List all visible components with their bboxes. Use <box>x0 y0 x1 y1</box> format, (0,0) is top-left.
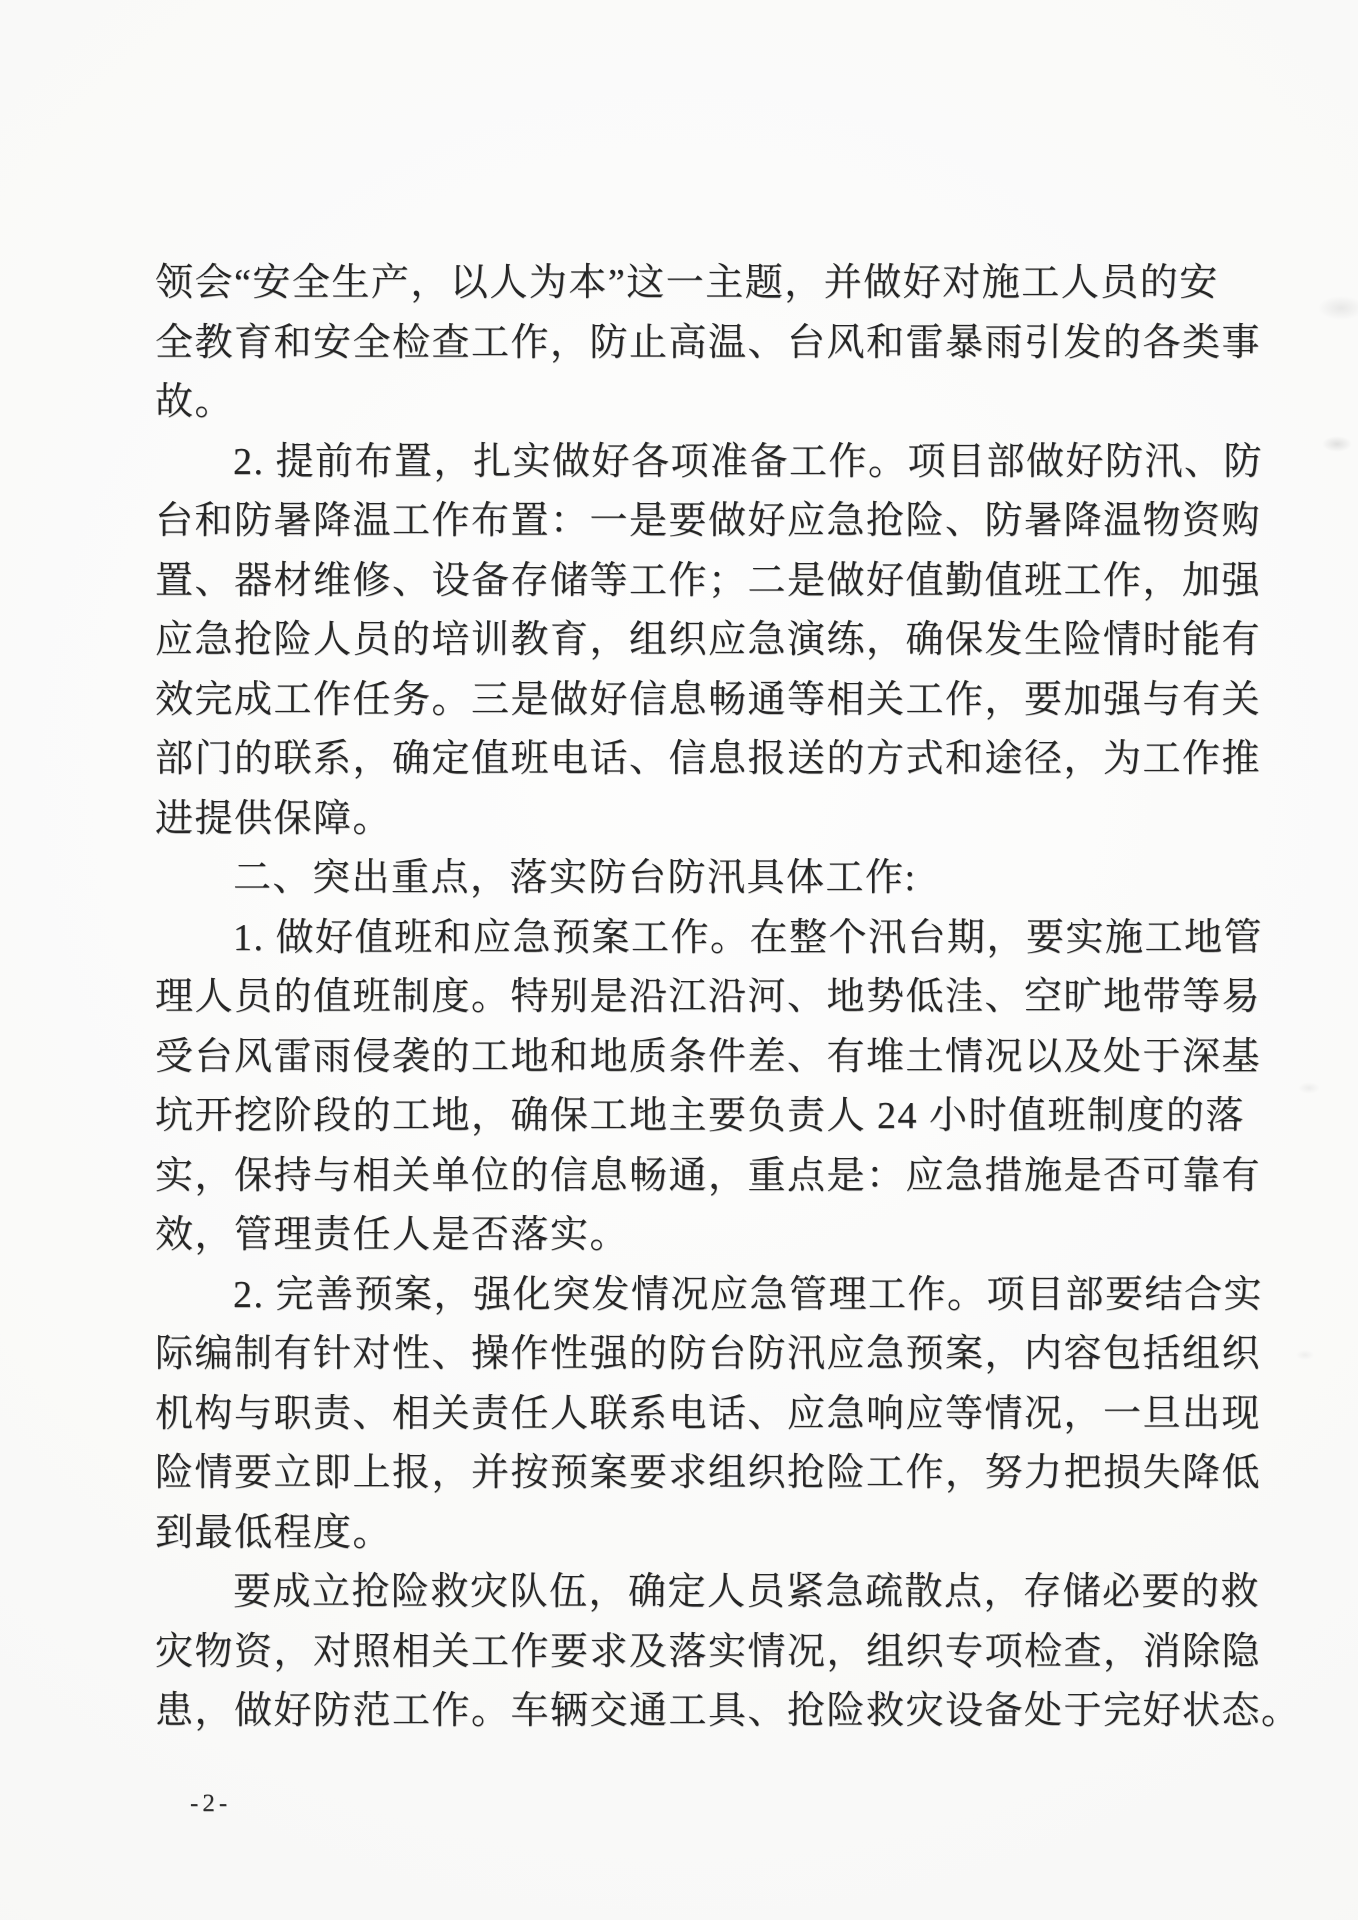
text-line: 置、器材维修、设备存储等工作；二是做好值勤值班工作，加强 <box>155 552 1213 612</box>
text-line: 理人员的值班制度。特别是沿江沿河、地势低洼、空旷地带等易 <box>155 968 1213 1028</box>
text-line: 效完成工作任务。三是做好信息畅通等相关工作，要加强与有关 <box>155 671 1213 731</box>
document-page: { "page": { "number_label": "-2-" }, "do… <box>0 0 1358 1920</box>
text-line: 患，做好防范工作。车辆交通工具、抢险救灾设备处于完好状态。 <box>155 1682 1213 1742</box>
scan-smudge <box>1296 1350 1314 1360</box>
scan-smudge <box>1298 1082 1320 1094</box>
text-line: 际编制有针对性、操作性强的防台防汛应急预案，内容包括组织 <box>155 1325 1213 1385</box>
text-line: 要成立抢险救灾队伍，确定人员紧急疏散点，存储必要的救 <box>155 1563 1213 1623</box>
text-line: 效，管理责任人是否落实。 <box>155 1206 1213 1266</box>
scan-smudge <box>1322 436 1352 452</box>
text-line: 2. 完善预案，强化突发情况应急管理工作。项目部要结合实 <box>155 1266 1213 1326</box>
text-line: 进提供保障。 <box>155 790 1213 850</box>
text-line: 灾物资，对照相关工作要求及落实情况，组织专项检查，消除隐 <box>155 1623 1213 1683</box>
text-line: 全教育和安全检查工作，防止高温、台风和雷暴雨引发的各类事 <box>155 314 1213 374</box>
text-line: 实，保持与相关单位的信息畅通，重点是：应急措施是否可靠有 <box>155 1147 1213 1207</box>
text-line: 坑开挖阶段的工地，确保工地主要负责人 24 小时值班制度的落 <box>155 1087 1213 1147</box>
text-line: 2. 提前布置，扎实做好各项准备工作。项目部做好防汛、防 <box>155 433 1213 493</box>
text-line: 故。 <box>155 373 1213 433</box>
document-body: 领会“安全生产，以人为本”这一主题，并做好对施工人员的安全教育和安全检查工作，防… <box>155 254 1213 1742</box>
text-line: 到最低程度。 <box>155 1504 1213 1564</box>
text-line: 二、突出重点，落实防台防汛具体工作: <box>155 849 1213 909</box>
text-line: 险情要立即上报，并按预案要求组织抢险工作，努力把损失降低 <box>155 1444 1213 1504</box>
page-number: -2- <box>190 1790 231 1818</box>
text-line: 领会“安全生产，以人为本”这一主题，并做好对施工人员的安 <box>155 254 1213 314</box>
text-line: 部门的联系，确定值班电话、信息报送的方式和途径，为工作推 <box>155 730 1213 790</box>
text-line: 受台风雷雨侵袭的工地和地质条件差、有堆土情况以及处于深基 <box>155 1028 1213 1088</box>
scan-smudge <box>1318 296 1358 320</box>
text-line: 应急抢险人员的培训教育，组织应急演练，确保发生险情时能有 <box>155 611 1213 671</box>
text-line: 1. 做好值班和应急预案工作。在整个汛台期，要实施工地管 <box>155 909 1213 969</box>
text-line: 台和防暑降温工作布置：一是要做好应急抢险、防暑降温物资购 <box>155 492 1213 552</box>
text-line: 机构与职责、相关责任人联系电话、应急响应等情况，一旦出现 <box>155 1385 1213 1445</box>
